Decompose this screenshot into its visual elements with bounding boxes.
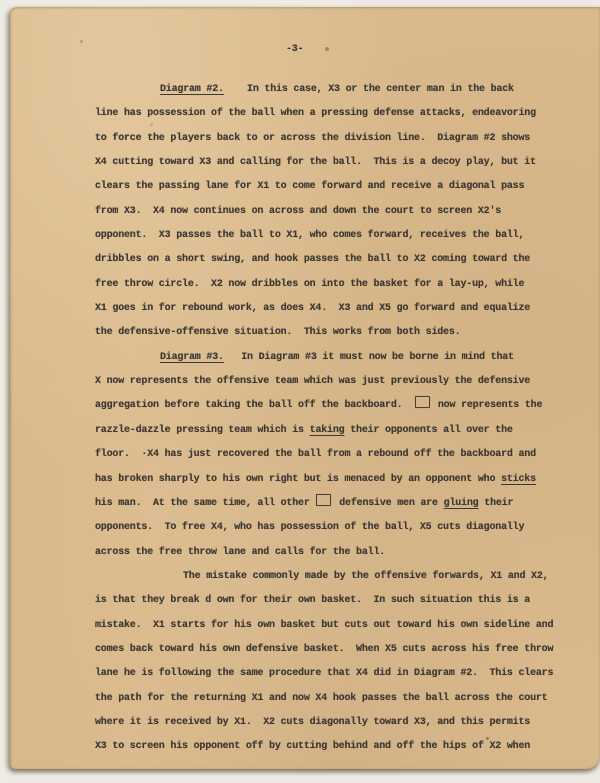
text-line: X3 to screen his opponent off by cutting…: [95, 735, 585, 759]
paper-speck: [80, 40, 83, 43]
text-line: floor. ·X4 has just recovered the ball f…: [95, 443, 585, 467]
document-page: -3- Diagram #2. In this case, X3 or the …: [10, 7, 600, 769]
text-line: has broken sharply to his own right but …: [95, 468, 585, 492]
scan-background: -3- Diagram #2. In this case, X3 or the …: [0, 0, 600, 783]
text-line: from X3. X4 now continues on across and …: [95, 200, 585, 224]
text-line: is that they break d own for their own b…: [95, 589, 585, 613]
text-line: comes back toward his own defensive bask…: [95, 638, 585, 662]
text-line: Diagram #3. In Diagram #3 it must now be…: [95, 346, 585, 370]
text-line: razzle-dazzle pressing team which is tak…: [95, 419, 585, 443]
text-line: The mistake commonly made by the offensi…: [95, 565, 585, 589]
text-line: line has possession of the ball when a p…: [95, 102, 585, 126]
text-line: to force the players back to or across t…: [95, 127, 585, 151]
open-box-symbol: [415, 396, 430, 408]
text-line: lane he is following the same procedure …: [95, 662, 585, 686]
text-line: the defensive-offensive situation. This …: [95, 321, 585, 345]
text-line: his man. At the same time, all other def…: [95, 492, 585, 516]
text-line: X4 cutting toward X3 and calling for the…: [95, 151, 585, 175]
text-line: across the free throw lane and calls for…: [95, 541, 585, 565]
text-line: dribbles on a short swing, and hook pass…: [95, 248, 585, 272]
text-line: clears the passing lane for X1 to come f…: [95, 175, 585, 199]
text-line: free throw circle. X2 now dribbles on in…: [95, 273, 585, 297]
text-line: Diagram #2. In this case, X3 or the cent…: [95, 78, 585, 102]
page-number: -3-: [286, 44, 303, 55]
document-lines: Diagram #2. In this case, X3 or the cent…: [95, 78, 585, 760]
paper-speck: [325, 47, 329, 51]
open-box-symbol: [316, 494, 331, 506]
text-line: X now represents the offensive team whic…: [95, 370, 585, 394]
text-line: aggregation before taking the ball off t…: [95, 394, 585, 418]
text-line: X1 goes in for rebound work, as does X4.…: [95, 297, 585, 321]
text-line: opponent. X3 passes the ball to X1, who …: [95, 224, 585, 248]
text-line: the path for the returning X1 and now X4…: [95, 687, 585, 711]
text-line: mistake. X1 starts for his own basket bu…: [95, 614, 585, 638]
text-line: where it is received by X1. X2 cuts diag…: [95, 711, 585, 735]
text-line: opponents. To free X4, who has possessio…: [95, 516, 585, 540]
